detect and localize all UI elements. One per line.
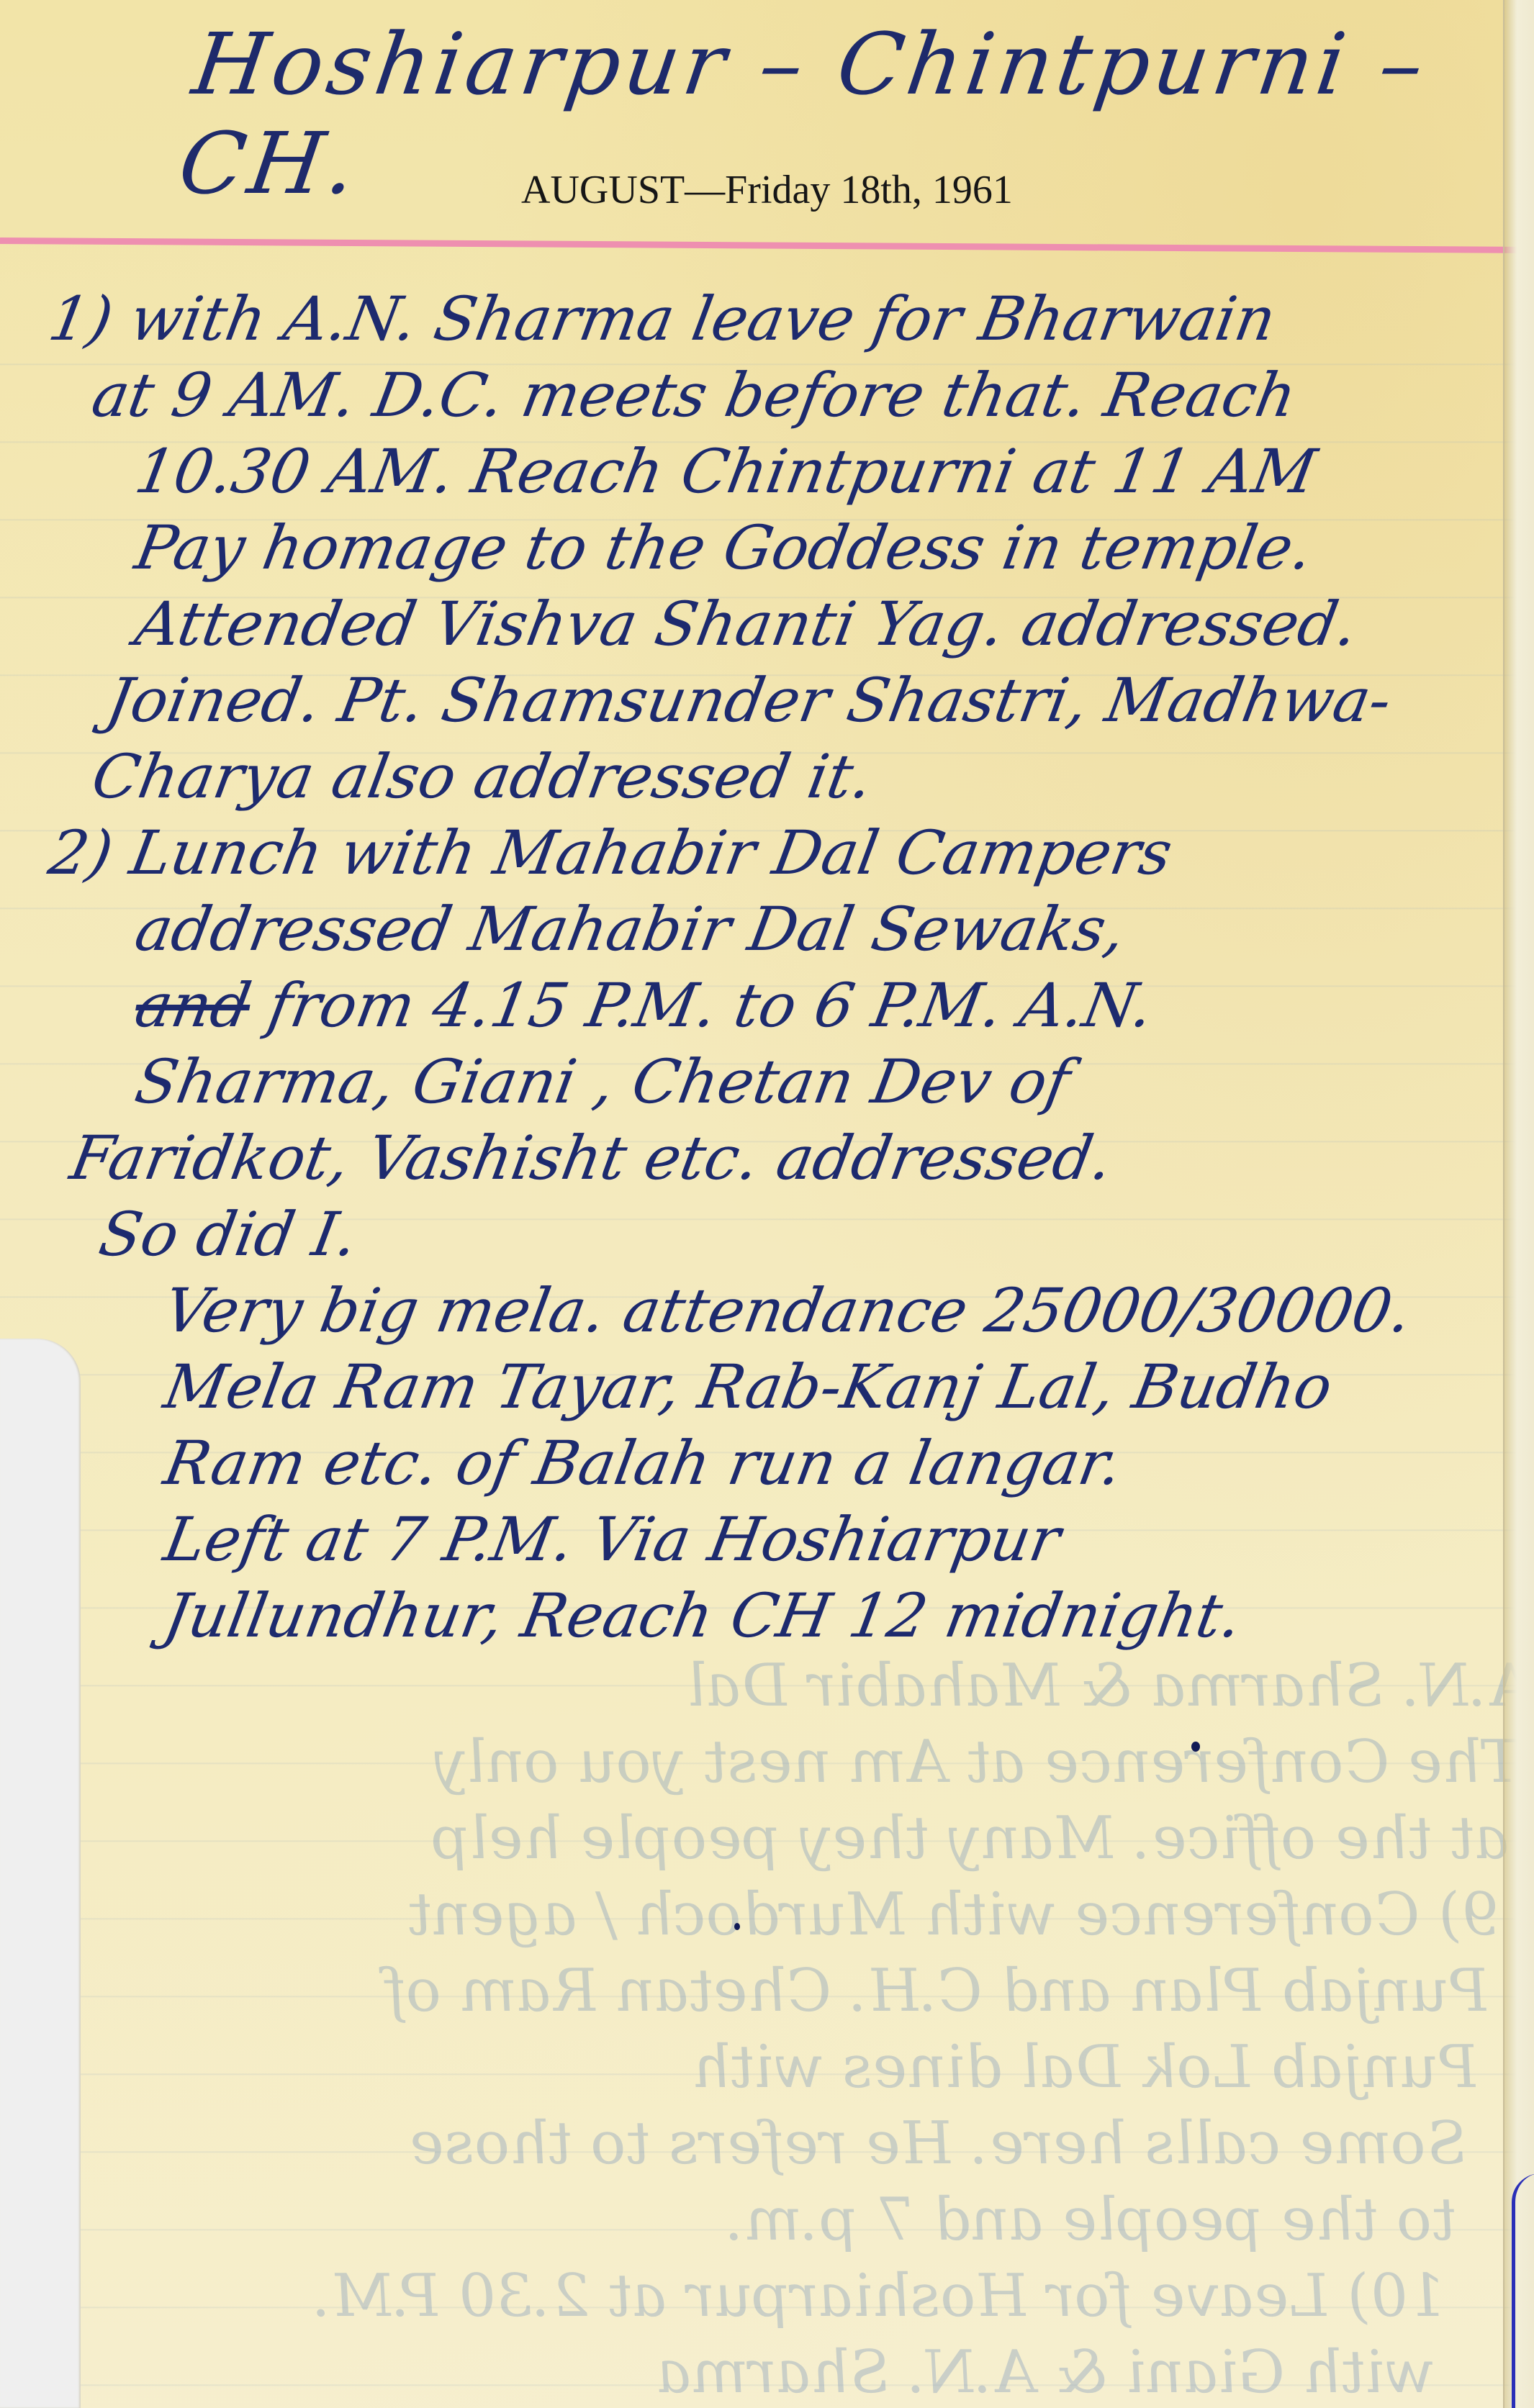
bleed-through-text: A.N. Sharma & Mahabir Dal The Conference…	[62, 1648, 1534, 2408]
diary-entry: 1) with A.N. Sharma leave for Bharwain a…	[43, 281, 1512, 1654]
entry-line: Faridkot, Vashisht etc. addressed.	[43, 1120, 1525, 1196]
entry-line-text: from 4.15 P.M. to 6 P.M. A.N.	[263, 970, 1158, 1041]
entry-line: Mela Ram Tayar, Rab-Kanj Lal, Budho	[43, 1349, 1525, 1425]
entry-line: 10.30 AM. Reach Chintpurni at 11 AM	[43, 433, 1525, 510]
entry-line: Jullundhur, Reach CH 12 midnight.	[43, 1578, 1525, 1654]
bleed-through-line: at the office. Many they people help	[137, 1801, 1515, 1877]
bleed-through-line: 10) Leave for Hoshiarpur at 2.30 P.M.	[72, 2258, 1450, 2335]
entry-line: Joined. Pt. Shamsunder Shastri, Madhwa-	[43, 662, 1525, 738]
bleed-through-line: A.N. Sharma & Mahabir Dal	[158, 1648, 1534, 1724]
entry-line-with-strikeout: and from 4.15 P.M. to 6 P.M. A.N.	[43, 967, 1525, 1044]
bleed-through-line: 9) Conference with Murdoch / agent	[126, 1877, 1504, 1953]
bleed-through-line: Punjab Plan and C.H. Chetan Ram of	[115, 1953, 1494, 2029]
diary-page: A.N. Sharma & Mahabir Dal The Conference…	[0, 0, 1534, 2408]
struck-word: and	[130, 970, 256, 1041]
entry-line: So did I.	[43, 1196, 1525, 1272]
blue-ink-mark	[1512, 2173, 1534, 2408]
entry-line: addressed Mahabir Dal Sewaks,	[43, 891, 1525, 967]
thumb-index-cutout	[0, 1339, 81, 2408]
ink-blot	[1191, 1742, 1200, 1752]
entry-line: Sharma, Giani , Chetan Dev of	[43, 1044, 1525, 1120]
entry-line: Attended Vishva Shanti Yag. addressed.	[43, 586, 1525, 662]
entry-line: Very big mela. attendance 25000/30000.	[43, 1272, 1525, 1349]
bleed-through-line: to the people and 7 p.m.	[83, 2182, 1461, 2258]
pink-rule-divider	[0, 237, 1534, 253]
bleed-through-line: with Giani & A.N. Sharma	[62, 2335, 1440, 2408]
entry-line: 2) Lunch with Mahabir Dal Campers	[43, 815, 1525, 891]
entry-line: Ram etc. of Balah run a langar.	[43, 1425, 1525, 1501]
bleed-through-line: Some calls here. He refers to those	[94, 2106, 1472, 2182]
entry-line: at 9 AM. D.C. meets before that. Reach	[43, 357, 1525, 433]
entry-line: Pay homage to the Goddess in temple.	[43, 510, 1525, 586]
bleed-through-line: The Conference at Am nest you only	[148, 1724, 1526, 1801]
printed-date-heading: AUGUST—Friday 18th, 1961	[0, 167, 1534, 213]
page-edge-fold	[1503, 0, 1534, 2408]
entry-line: Left at 7 P.M. Via Hoshiarpur	[43, 1501, 1525, 1578]
ink-dot	[734, 1923, 740, 1930]
entry-line: Charya also addressed it.	[43, 738, 1525, 815]
bleed-through-line: Punjab Lok Dal dines with	[104, 2029, 1483, 2106]
entry-line: 1) with A.N. Sharma leave for Bharwain	[43, 281, 1525, 357]
